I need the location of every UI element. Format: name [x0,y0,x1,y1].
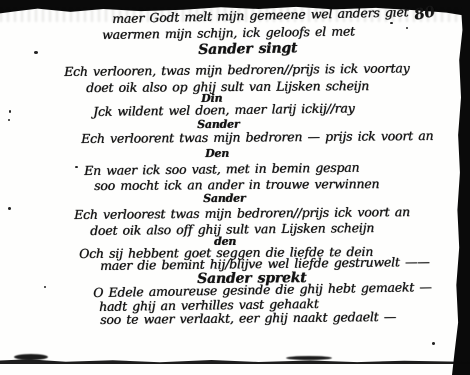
ink-speck [390,22,393,24]
ink-speck [406,27,408,29]
scan-smudge [14,354,48,360]
ink-speck [432,342,435,345]
ink-speck [8,119,10,121]
scan-edge-right [452,0,470,375]
ink-speck [75,166,78,168]
scan-edge-bottom [0,359,470,364]
manuscript-line: Ech verloorent twas mijn bedroren — prij… [81,128,433,146]
page-number: 80 [413,2,437,23]
ink-speck [34,51,38,54]
manuscript-line: En waer ick soo vast, met in bemin gespa… [84,160,359,178]
speaker-label: Sander [203,192,245,205]
manuscript-line: waermen mijn schijn, ick geloofs el met [102,23,355,42]
manuscript-line: doet oik also op ghij sult van Lijsken s… [86,78,369,95]
scan-smudge [286,356,332,360]
ink-speck [8,207,11,210]
speaker-label: Den [205,147,229,160]
stanza-heading: Sander singt [198,40,297,58]
ink-speck [9,110,11,113]
manuscript-line: Jck wildent wel doen, maer larij ickij//… [93,100,355,119]
scanned-manuscript-page: 80 maer Godt melt mijn gemeene wel ander… [0,0,470,375]
manuscript-line: Ech verlooren, twas mijn bedroren//prijs… [64,60,410,79]
manuscript-line: soo mocht ick an ander in trouwe verwinn… [94,176,379,193]
ink-speck [44,286,46,288]
manuscript-line: soo te waer verlaakt, eer ghij naakt ged… [100,309,396,327]
